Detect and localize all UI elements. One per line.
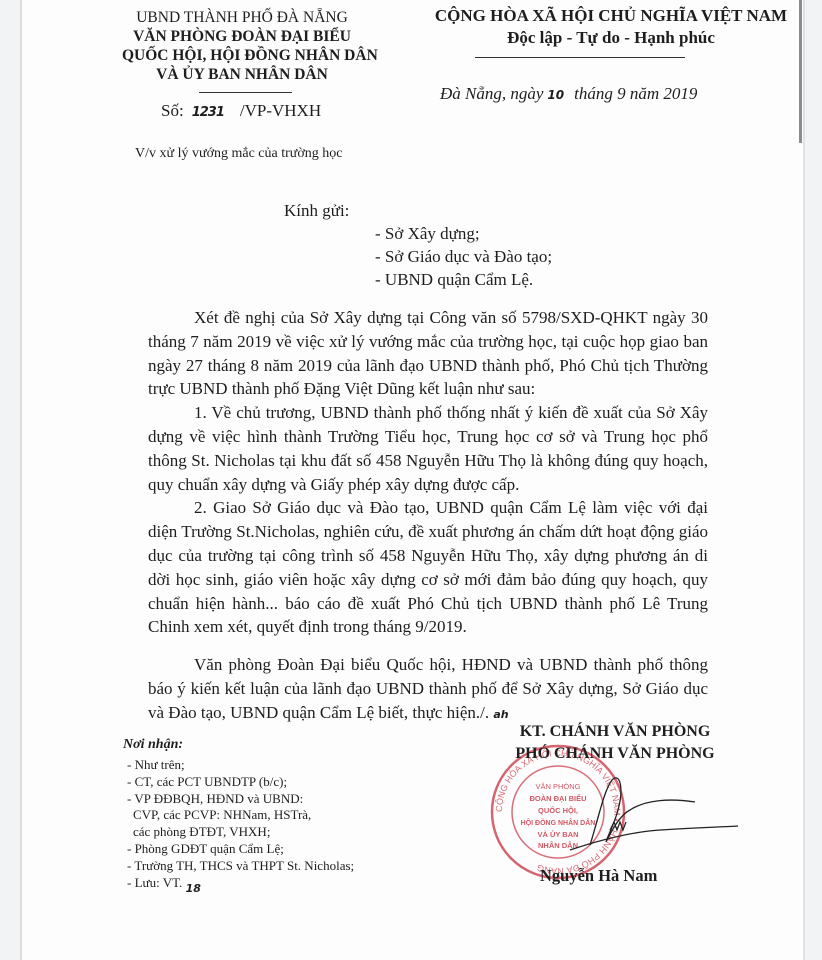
recipient-item: - Phòng GDĐT quận Cẩm Lệ; [127,841,354,858]
document-date: Đà Nẵng, ngày10tháng 9 năm 2019 [440,84,697,104]
document-number: Số:1231/VP-VHXH [161,101,321,121]
addressee-item: - UBND quận Cẩm Lệ. [375,270,533,290]
handwritten-number: 1231 [192,105,224,120]
recipient-item: CVP, các PCVP: NHNam, HSTrà, [127,807,354,824]
signature-title: KT. CHÁNH VĂN PHÒNG PHÓ CHÁNH VĂN PHÒNG [490,721,740,765]
national-header: CỘNG HÒA XÃ HỘI CHỦ NGHĨA VIỆT NAM Độc l… [400,5,822,49]
handwritten-signature-icon [560,770,740,860]
agency-underline [199,92,292,93]
nation-title: CỘNG HÒA XÃ HỘI CHỦ NGHĨA VIỆT NAM [400,5,822,27]
addressee-item: - Sở Xây dựng; [375,224,480,244]
recipient-item: các phòng ĐTĐT, VHXH; [127,824,354,841]
addressee-label: Kính gửi: [284,201,349,221]
nation-motto: Độc lập - Tự do - Hạnh phúc [400,27,822,49]
subject-line: V/v xử lý vướng mắc của trường học [135,146,342,162]
handwritten-day: 10 [547,88,564,102]
agency-line-2: VĂN PHÒNG ĐOÀN ĐẠI BIỂU [122,27,362,46]
signature-title-line-2: PHÓ CHÁNH VĂN PHÒNG [490,743,740,765]
recipient-item: - Lưu: VT. 18 [127,875,354,893]
recipient-item: - Trường TH, THCS và THPT St. Nicholas; [127,858,354,875]
agency-line-4: VÀ ỦY BAN NHÂN DÂN [122,65,362,84]
agency-line-3: QUỐC HỘI, HỘI ĐỒNG NHÂN DÂN [122,46,362,65]
closing-paragraph: Văn phòng Đoàn Đại biểu Quốc hội, HĐND v… [148,653,708,726]
handwritten-copy-count: 18 [186,882,201,895]
intro-paragraph: Xét đề nghị của Sở Xây dựng tại Công văn… [148,306,708,401]
recipients-list: - Như trên; - CT, các PCT UBNDTP (b/c); … [127,757,354,892]
conclusion-item-1: 1. Về chủ trương, UBND thành phố thống n… [148,401,708,496]
signer-name: Nguyễn Hà Nam [540,866,657,886]
recipient-item: - VP ĐĐBQH, HĐND và UBND: [127,791,354,808]
conclusion-item-2: 2. Giao Sở Giáo dục và Đào tạo, UBND quậ… [148,496,708,639]
agency-line-1: UBND THÀNH PHỐ ĐÀ NẴNG [122,8,362,27]
recipients-label: Nơi nhận: [123,737,183,753]
initials-mark: ah [493,708,508,721]
recipient-item: - CT, các PCT UBNDTP (b/c); [127,774,354,791]
document-body: Xét đề nghị của Sở Xây dựng tại Công văn… [148,306,708,727]
issuing-agency: UBND THÀNH PHỐ ĐÀ NẴNG VĂN PHÒNG ĐOÀN ĐẠ… [122,8,362,84]
addressee-item: - Sở Giáo dục và Đào tạo; [375,247,552,267]
recipient-item: - Như trên; [127,757,354,774]
motto-underline [475,57,685,58]
signature-title-line-1: KT. CHÁNH VĂN PHÒNG [490,721,740,743]
